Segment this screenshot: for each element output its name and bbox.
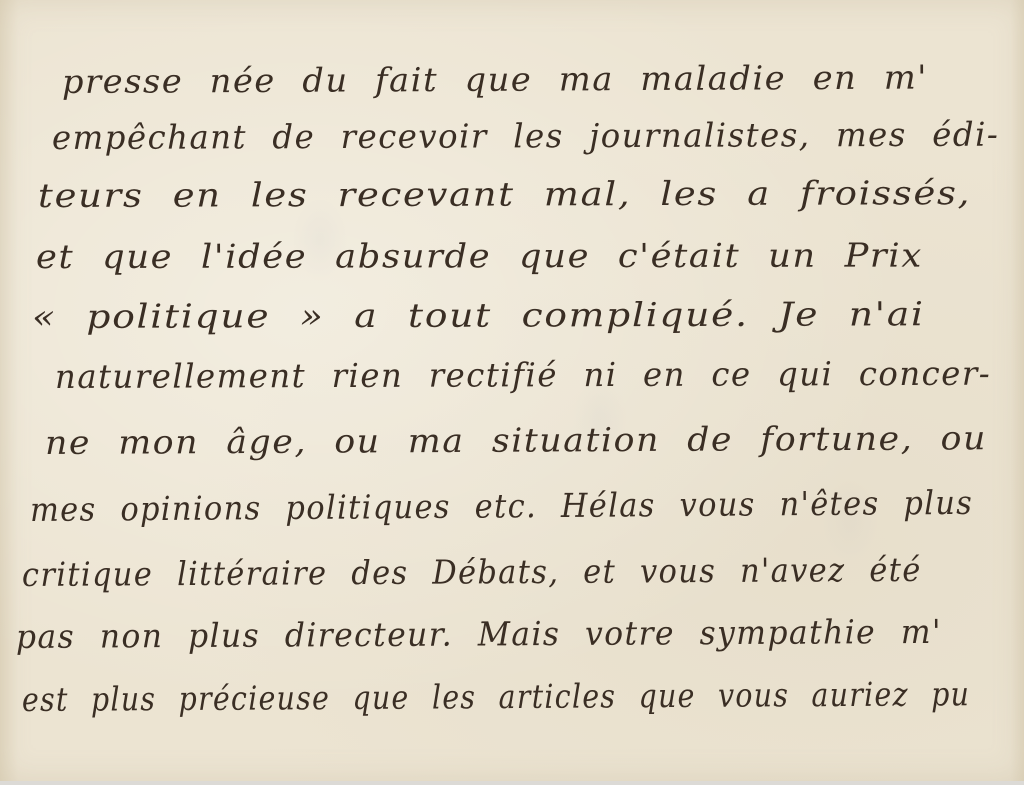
scan-bottom-edge xyxy=(0,781,1024,785)
handwritten-text-block: presse née du fait que ma maladie en m' … xyxy=(0,0,1024,785)
handwritten-line-5: « politique » a tout compliqué. Je n'ai xyxy=(32,294,925,336)
handwritten-line-3: teurs en les recevant mal, les a froissé… xyxy=(38,173,971,215)
handwritten-line-2: empêchant de recevoir les journalistes, … xyxy=(52,115,999,157)
handwritten-line-8: mes opinions politiques etc. Hélas vous … xyxy=(30,483,973,529)
handwritten-line-11: est plus précieuse que les articles que … xyxy=(22,674,970,719)
handwritten-line-7: ne mon âge, ou ma situation de fortune, … xyxy=(45,418,987,462)
handwritten-line-9: critique littéraire des Débats, et vous … xyxy=(22,550,922,594)
handwritten-line-6: naturellement rien rectifié ni en ce qui… xyxy=(55,354,991,396)
handwritten-line-1: presse née du fait que ma maladie en m' xyxy=(62,58,928,101)
handwritten-line-10: pas non plus directeur. Mais votre sympa… xyxy=(16,612,942,656)
handwritten-line-4: et que l'idée absurde que c'était un Pri… xyxy=(36,236,923,276)
letter-page: presse née du fait que ma maladie en m' … xyxy=(0,0,1024,781)
